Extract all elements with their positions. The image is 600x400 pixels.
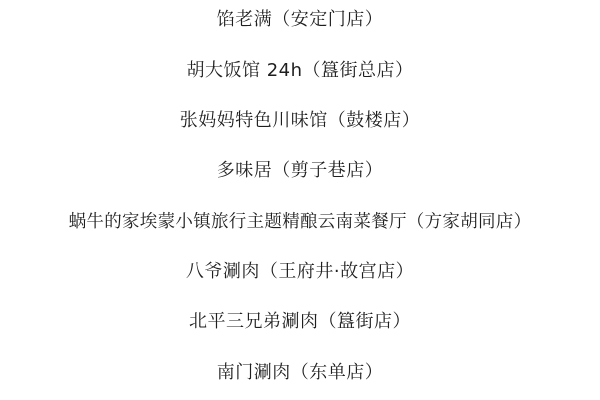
restaurant-item: 多味居（剪子巷店）	[0, 158, 600, 184]
restaurant-list: 馅老满（安定门店） 胡大饭馆 24h（簋街总店） 张妈妈特色川味馆（鼓楼店） 多…	[0, 0, 600, 400]
restaurant-item: 胡大饭馆 24h（簋街总店）	[0, 58, 600, 84]
restaurant-item: 八爷涮肉（王府井·故宫店）	[0, 259, 600, 285]
restaurant-item: 北平三兄弟涮肉（簋街店）	[0, 309, 600, 335]
restaurant-item: 馅老满（安定门店）	[0, 7, 600, 33]
restaurant-item: 张妈妈特色川味馆（鼓楼店）	[0, 108, 600, 134]
restaurant-item: 南门涮肉（东单店）	[0, 360, 600, 386]
restaurant-item: 蜗牛的家埃蒙小镇旅行主题精酿云南菜餐厅（方家胡同店）	[0, 209, 600, 235]
